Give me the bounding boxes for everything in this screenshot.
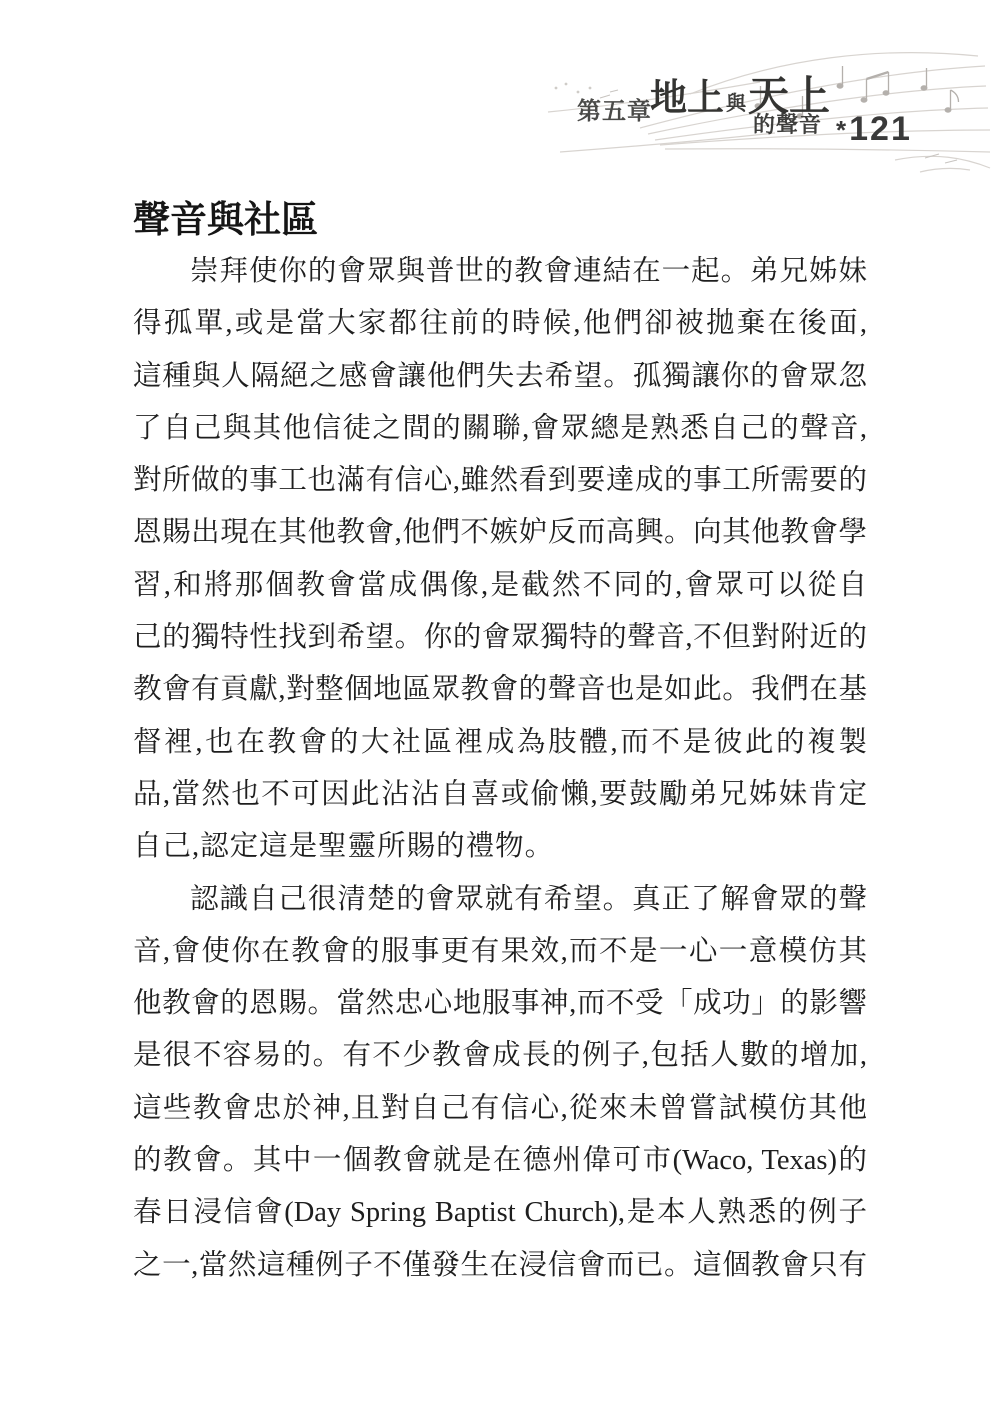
page-number-value: 121 <box>849 112 912 146</box>
chapter-title-left: 地上 <box>650 79 724 116</box>
text-line: 這種與人隔絕之感會讓他們失去希望。孤獨讓你的會眾忽略 <box>133 351 867 403</box>
text-line: 春日浸信會(Day Spring Baptist Church),是本人熟悉的例… <box>133 1187 867 1239</box>
text-line: 教會有貢獻,對整個地區眾教會的聲音也是如此。我們在基 <box>133 664 867 716</box>
page-number-star-icon: * <box>836 117 846 143</box>
chapter-title-right: 天上 <box>748 76 830 117</box>
section-heading: 聲音與社區 <box>133 202 318 241</box>
text-line: 對所做的事工也滿有信心,雖然看到要達成的事工所需要的 <box>133 455 867 507</box>
text-line: 習,和將那個教會當成偶像,是截然不同的,會眾可以從自 <box>133 560 867 612</box>
text-line: 恩賜出現在其他教會,他們不嫉妒反而高興。向其他教會學 <box>133 507 867 559</box>
text-line: 之一,當然這種例子不僅發生在浸信會而已。這個教會只有 <box>133 1240 867 1292</box>
text-line: 崇拜使你的會眾與普世的教會連結在一起。弟兄姊妹覺 <box>133 246 867 298</box>
text-line: 音,會使你在教會的服事更有果效,而不是一心一意模仿其 <box>133 926 867 978</box>
chapter-title-conjunction: 與 <box>726 94 746 114</box>
text-line: 己的獨特性找到希望。你的會眾獨特的聲音,不但對附近的 <box>133 612 867 664</box>
page-number: * 121 <box>836 112 912 146</box>
chapter-title-suffix: 的聲音 <box>753 114 822 136</box>
text-line: 認識自己很清楚的會眾就有希望。真正了解會眾的聲 <box>133 874 867 926</box>
text-line: 的教會。其中一個教會就是在德州偉可市(Waco, Texas)的 <box>133 1135 867 1187</box>
text-line: 是很不容易的。有不少教會成長的例子,包括人數的增加, <box>133 1030 867 1082</box>
text-line: 品,當然也不可因此沾沾自喜或偷懶,要鼓勵弟兄姊妹肯定 <box>133 769 867 821</box>
book-page: 第五章 地上 與 天上 的聲音 * 121 聲音與社區 崇拜使你的會眾與普世的教… <box>0 0 1000 1412</box>
text-line: 這些教會忠於神,且對自己有信心,從來未曾嘗試模仿其他 <box>133 1083 867 1135</box>
chapter-title: 地上 與 天上 <box>650 76 830 117</box>
text-line: 自己,認定這是聖靈所賜的禮物。 <box>133 821 867 873</box>
chapter-label: 第五章 <box>577 100 652 124</box>
text-line: 他教會的恩賜。當然忠心地服事神,而不受「成功」的影響 <box>133 978 867 1030</box>
text-line: 得孤單,或是當大家都往前的時候,他們卻被拋棄在後面, <box>133 298 867 350</box>
text-line: 了自己與其他信徒之間的關聯,會眾總是熟悉自己的聲音, <box>133 403 867 455</box>
body-text: 崇拜使你的會眾與普世的教會連結在一起。弟兄姊妹覺得孤單,或是當大家都往前的時候,… <box>133 246 867 1292</box>
text-line: 督裡,也在教會的大社區裡成為肢體,而不是彼此的複製 <box>133 717 867 769</box>
